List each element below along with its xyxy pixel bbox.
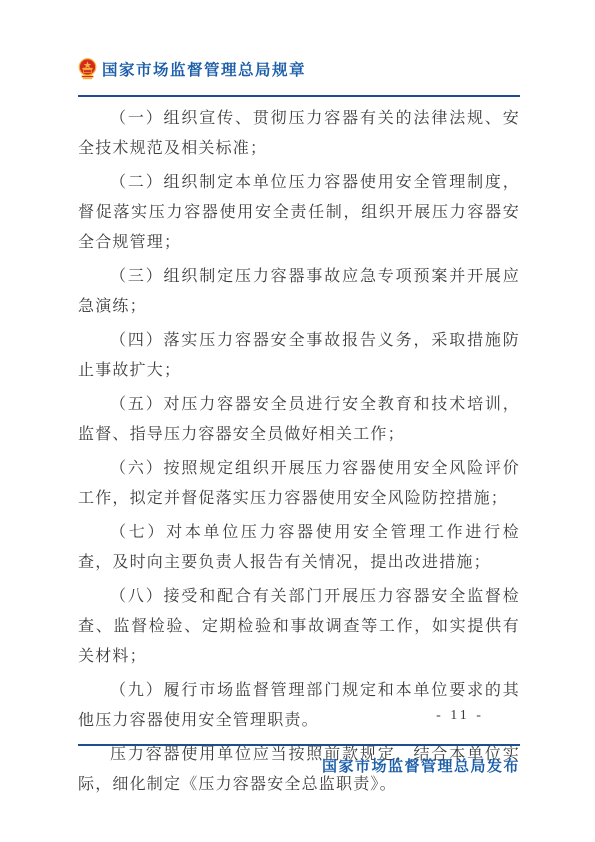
body-paragraph-item-9: （九）履行市场监督管理部门规定和本单位要求的其他压力容器使用安全管理职责。 <box>78 676 520 736</box>
body-paragraph-item-5: （五）对压力容器安全员进行安全教育和技术培训，监督、指导压力容器安全员做好相关工… <box>78 390 520 450</box>
page-number: - 11 - <box>400 708 520 724</box>
china-national-emblem-icon <box>78 58 97 80</box>
body-paragraph-item-1: （一）组织宣传、贯彻压力容器有关的法律法规、安全技术规范及相关标准； <box>78 104 520 164</box>
footer-divider-rule <box>78 744 520 746</box>
body-paragraph-item-6: （六）按照规定组织开展压力容器使用安全风险评价工作，拟定并督促落实压力容器使用安… <box>78 454 520 514</box>
document-body: （一）组织宣传、贯彻压力容器有关的法律法规、安全技术规范及相关标准； （二）组织… <box>78 104 520 804</box>
body-paragraph-item-2: （二）组织制定本单位压力容器使用安全管理制度，督促落实压力容器使用安全责任制，组… <box>78 168 520 258</box>
footer-publisher-text: 国家市场监督管理总局发布 <box>322 755 520 776</box>
header-agency-title: 国家市场监督管理总局规章 <box>102 58 306 80</box>
document-page: 国家市场监督管理总局规章 （一）组织宣传、贯彻压力容器有关的法律法规、安全技术规… <box>0 0 595 842</box>
document-header: 国家市场监督管理总局规章 <box>78 58 520 80</box>
body-paragraph-item-3: （三）组织制定压力容器事故应急专项预案并开展应急演练； <box>78 262 520 322</box>
body-paragraph-item-7: （七）对本单位压力容器使用安全管理工作进行检查，及时向主要负责人报告有关情况，提… <box>78 518 520 578</box>
header-divider-rule <box>78 95 520 97</box>
body-paragraph-item-4: （四）落实压力容器安全事故报告义务，采取措施防止事故扩大； <box>78 326 520 386</box>
body-paragraph-item-8: （八）接受和配合有关部门开展压力容器安全监督检查、监督检验、定期检验和事故调查等… <box>78 582 520 672</box>
